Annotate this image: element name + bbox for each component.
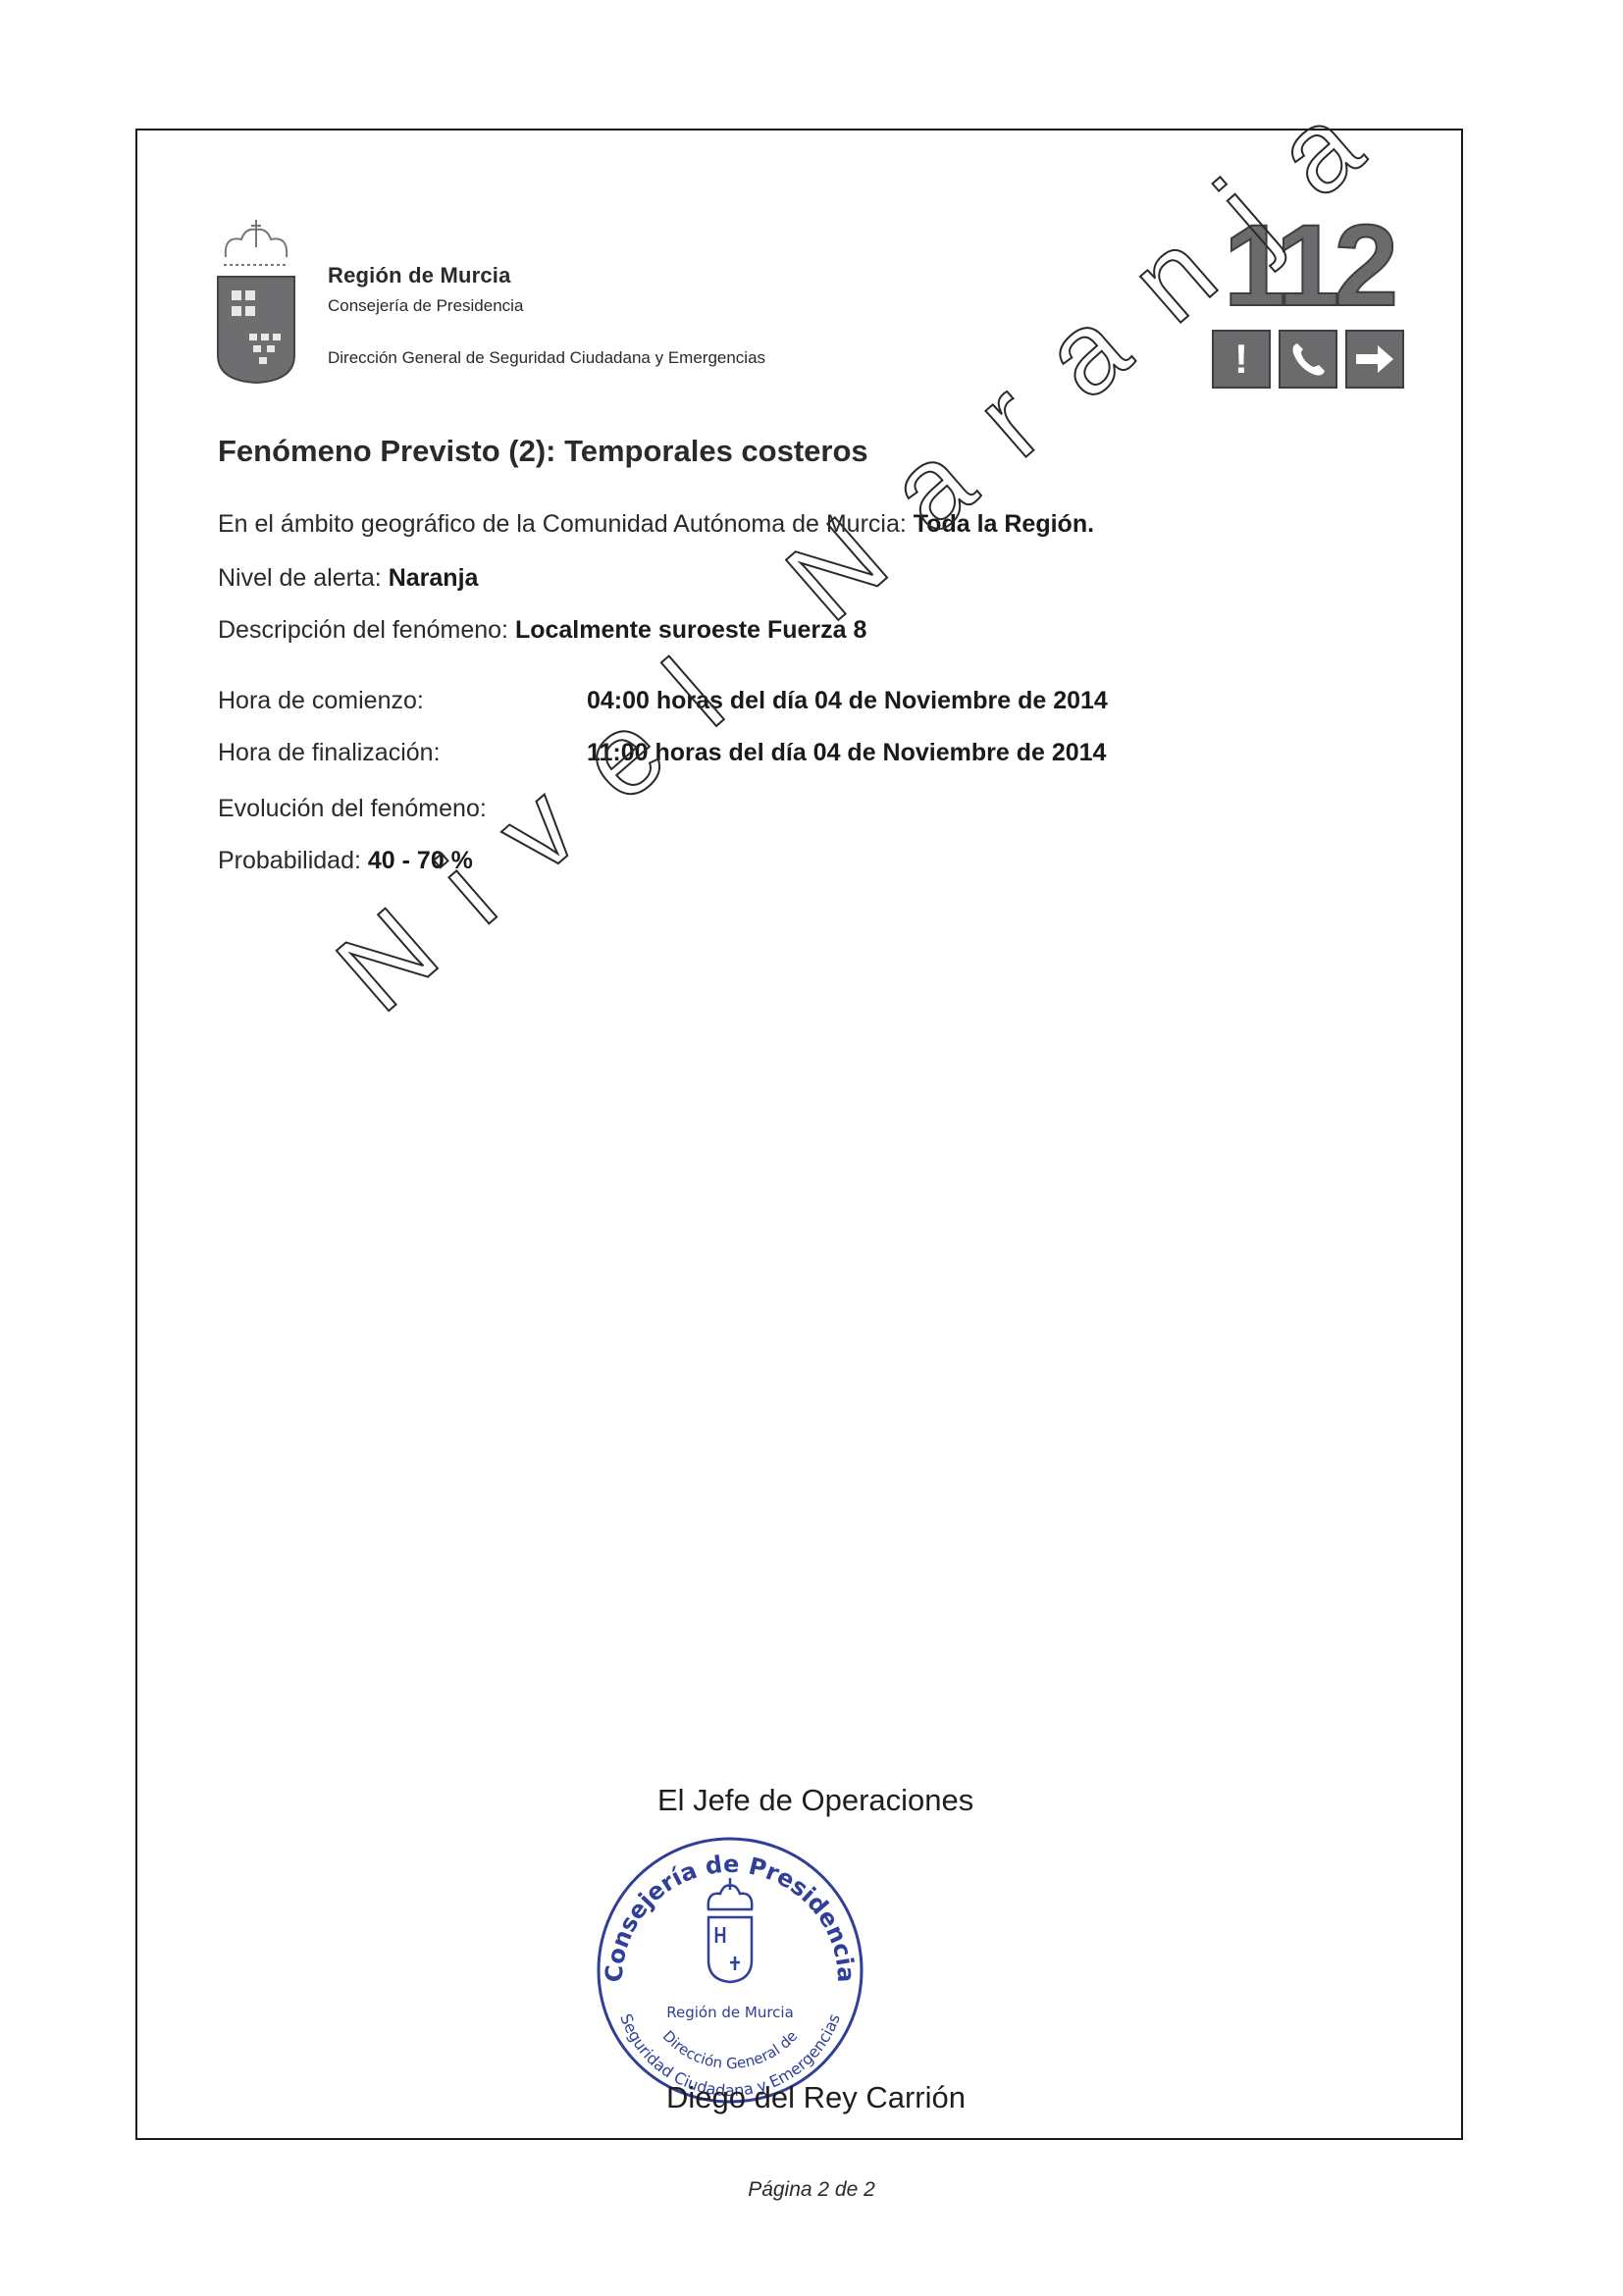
signatory-role: El Jefe de Operaciones xyxy=(657,1783,973,1818)
end-label: Hora de finalización: xyxy=(218,739,441,767)
org-directorate: Dirección General de Seguridad Ciudadana… xyxy=(328,348,765,368)
arrow-right-icon xyxy=(1345,330,1404,389)
phone-icon xyxy=(1279,330,1337,389)
start-label: Hora de comienzo: xyxy=(218,687,424,715)
org-name: Región de Murcia xyxy=(328,263,523,288)
official-stamp: Consejería de Presidencia Seguridad Ciud… xyxy=(593,1833,867,2108)
page-number: Página 2 de 2 xyxy=(0,2178,1623,2202)
alert-value: Naranja xyxy=(389,564,479,592)
alert-label: Nivel de alerta: xyxy=(218,564,382,592)
svg-text:Dirección General de: Dirección General de xyxy=(659,2027,802,2072)
description-label: Descripción del fenómeno: xyxy=(218,616,508,644)
exclamation-icon: ! xyxy=(1212,330,1271,389)
stamp-bottom-text-1: Dirección General de xyxy=(659,2027,802,2072)
probability-label: Probabilidad: xyxy=(218,847,361,874)
evolution-label: Evolución del fenómeno: xyxy=(218,795,487,822)
organization-block: Región de Murcia Consejería de Presidenc… xyxy=(328,263,523,316)
alert-line: Nivel de alerta: Naranja xyxy=(218,564,478,593)
stamp-center-text: Región de Murcia xyxy=(666,2004,794,2021)
stamp-coat-of-arms-icon xyxy=(708,1878,753,1982)
org-department: Consejería de Presidencia xyxy=(328,296,523,316)
region-murcia-coat-of-arms-icon xyxy=(214,218,298,385)
phenomenon-title: Fenómeno Previsto (2): Temporales coster… xyxy=(218,434,868,469)
signatory-name: Diego del Rey Carrión xyxy=(666,2080,966,2115)
